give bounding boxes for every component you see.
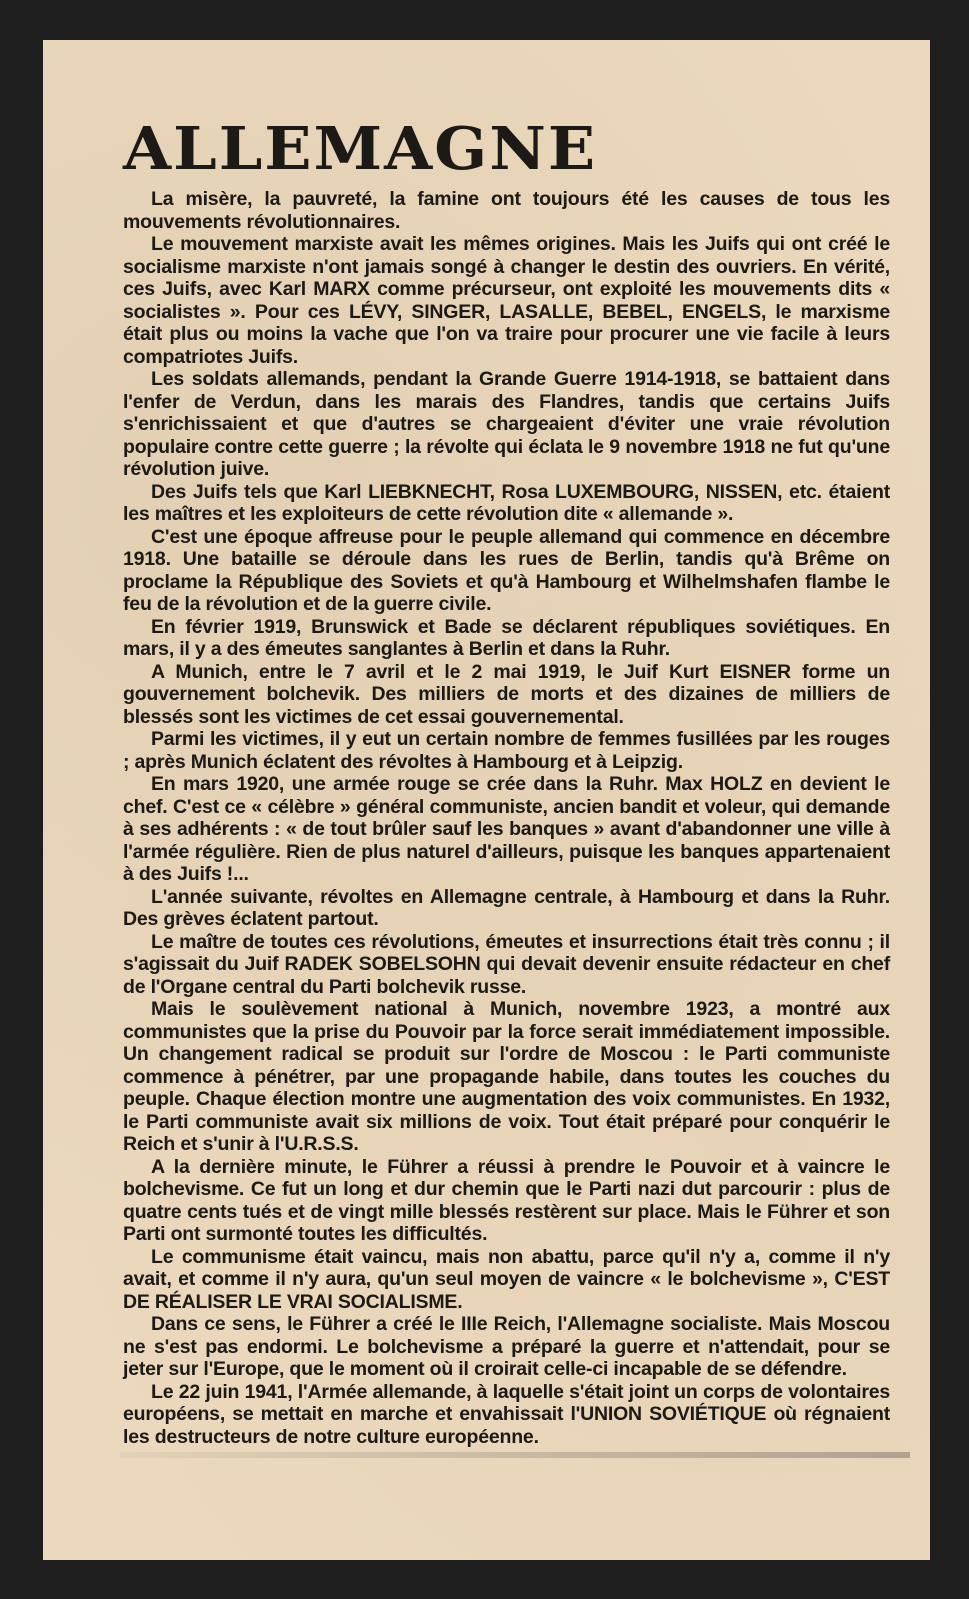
paragraph: Le maître de toutes ces révolutions, éme…	[123, 931, 890, 999]
paragraph: En mars 1920, une armée rouge se crée da…	[123, 773, 890, 886]
paragraph: Les soldats allemands, pendant la Grande…	[123, 368, 890, 481]
bottom-divider	[120, 1452, 910, 1458]
paragraph: Le 22 juin 1941, l'Armée allemande, à la…	[123, 1381, 890, 1449]
paragraph: La misère, la pauvreté, la famine ont to…	[123, 188, 890, 233]
article-title: ALLEMAGNE	[123, 120, 890, 179]
paragraph: A Munich, entre le 7 avril et le 2 mai 1…	[123, 661, 890, 729]
paragraph: Le communisme était vaincu, mais non aba…	[123, 1246, 890, 1314]
paragraph: Le mouvement marxiste avait les mêmes or…	[123, 233, 890, 368]
emphasis-text: l'Allemagne socialiste.	[557, 1313, 762, 1335]
paragraph: Mais le soulèvement national à Munich, n…	[123, 998, 890, 1156]
paragraph: Dans ce sens, le Führer a créé le IIIe R…	[123, 1313, 890, 1381]
paragraph: Des Juifs tels que Karl LIEBKNECHT, Rosa…	[123, 481, 890, 526]
paragraph: C'est une époque affreuse pour le peuple…	[123, 526, 890, 616]
article-body: ALLEMAGNE La misère, la pauvreté, la fam…	[123, 118, 890, 1448]
paragraph: Parmi les victimes, il y eut un certain …	[123, 728, 890, 773]
paragraph: En février 1919, Brunswick et Bade se dé…	[123, 616, 890, 661]
paragraph: A la dernière minute, le Führer a réussi…	[123, 1156, 890, 1246]
paragraph: L'année suivante, révoltes en Allemagne …	[123, 886, 890, 931]
